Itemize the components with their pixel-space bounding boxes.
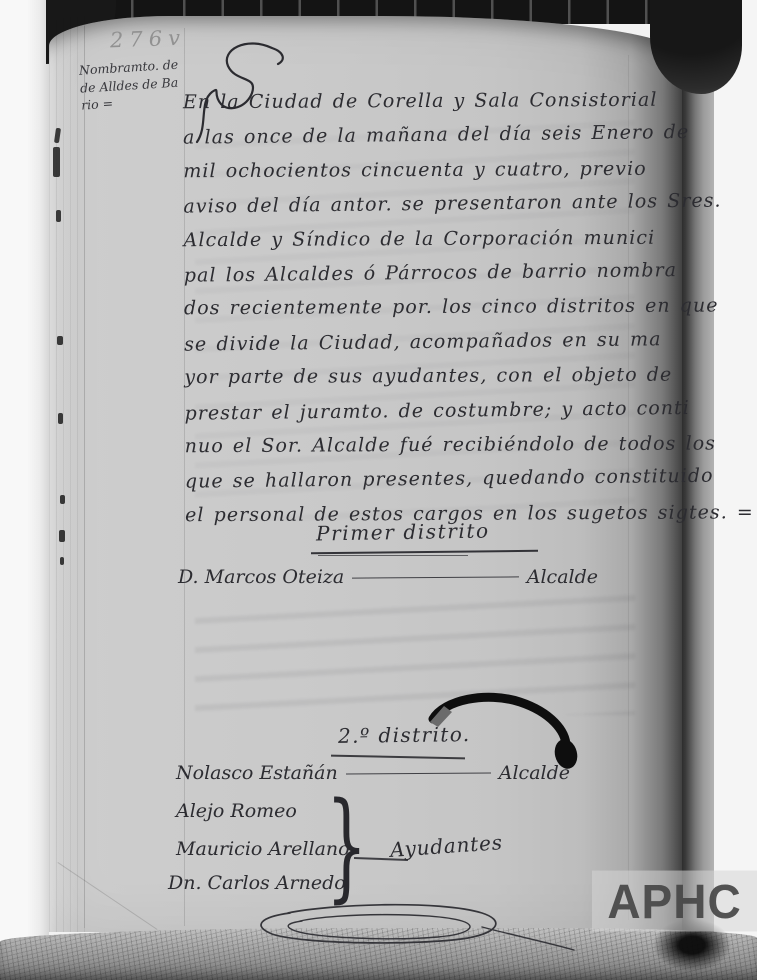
roster-row: Nolasco Estañán Alcalde	[176, 762, 570, 784]
stitch-mark	[58, 413, 63, 424]
district-heading-2: 2.º distrito.	[338, 722, 471, 748]
manuscript-line: prestar el juramto. de costumbre; y acto…	[184, 391, 654, 431]
manuscript-line: yor parte de sus ayudantes, con el objet…	[184, 358, 654, 395]
district-heading-1: Primer distrito	[316, 518, 490, 545]
manuscript-line: Alcalde y Síndico de la Corporación muni…	[184, 220, 654, 257]
manuscript-line: pal los Alcaldes ó Párrocos de barrio no…	[184, 253, 654, 293]
manuscript-line: aviso del día antor. se presentaron ante…	[183, 185, 653, 225]
page-fold-line	[84, 26, 85, 928]
stitch-mark	[60, 495, 65, 504]
manuscript-line: mil ochocientos cincuenta y cuatro, prev…	[183, 152, 653, 189]
roster-row: D. Marcos Oteiza Alcalde	[178, 566, 598, 588]
manuscript-scan: 276v Nombramto. de de Alldes de Ba rio =…	[0, 0, 757, 980]
watermark-label: APHC	[592, 871, 757, 932]
roster-role: Alcalde	[499, 762, 570, 784]
manuscript-line: que se hallaron presentes, quedando cons…	[185, 460, 655, 500]
manuscript-line: a las once de la mañana del día seis Ene…	[183, 116, 653, 156]
scanner-bed-right	[712, 0, 757, 980]
roster-name: Mauricio Arellano	[176, 838, 350, 860]
book-page-block-edge	[678, 0, 714, 980]
manuscript-body: En la Ciudad de Corella y Sala Consistor…	[183, 83, 655, 533]
roster-rule-line	[352, 576, 519, 578]
roster-name: Nolasco Estañán	[176, 762, 338, 784]
stitch-mark	[57, 336, 63, 345]
folio-number: 276v	[110, 26, 187, 53]
ink-showthrough	[195, 595, 635, 715]
heading-underline	[318, 555, 468, 556]
stitch-mark	[60, 557, 64, 565]
roster-role: Alcalde	[527, 566, 598, 588]
manuscript-line: nuo el Sor. Alcalde fué recibiéndolo de …	[185, 427, 655, 464]
grouping-brace: }	[326, 792, 367, 898]
roster-name: Dn. Carlos Arnedo	[168, 872, 346, 894]
scanner-bed-left	[0, 0, 49, 980]
manuscript-line: En la Ciudad de Corella y Sala Consistor…	[183, 83, 653, 120]
roster-name: Alejo Romeo	[176, 800, 297, 822]
roster-name: D. Marcos Oteiza	[178, 566, 344, 588]
roster-rule-line	[346, 772, 491, 774]
stitch-mark	[53, 147, 60, 177]
manuscript-line: se divide la Ciudad, acompañados en su m…	[184, 322, 654, 362]
manuscript-line: dos recientemente por. los cinco distrit…	[184, 289, 654, 326]
stitch-mark	[59, 530, 65, 542]
stitch-mark	[56, 210, 61, 222]
